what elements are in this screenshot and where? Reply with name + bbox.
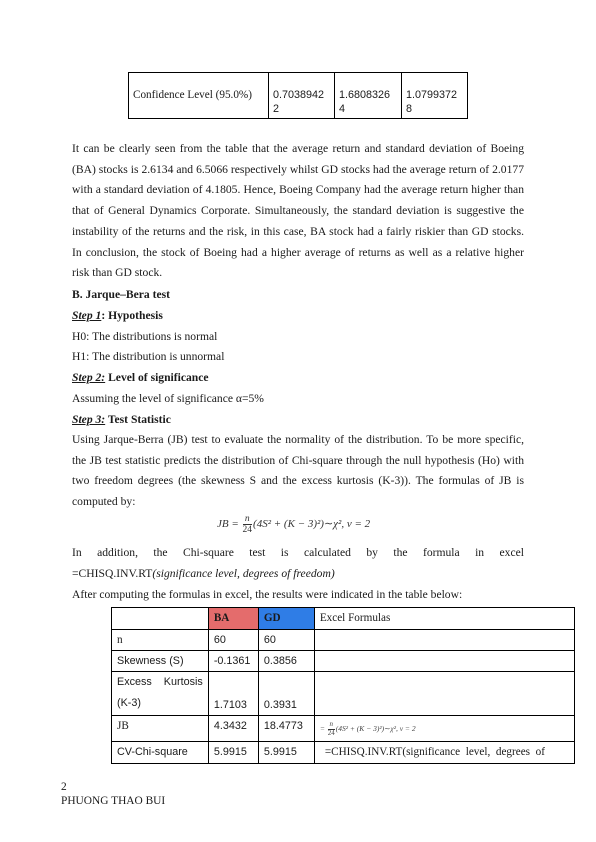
kurtosis-label-line1: Excess Kurtosis: [117, 672, 203, 693]
jb-formula-cell: = n24(4S² + (K − 3)²)∼χ², v = 2: [314, 716, 574, 742]
row-label-n: n: [112, 630, 209, 651]
formula-small-fraction: n24: [328, 721, 335, 737]
row-label-jb: JB: [112, 716, 209, 742]
header-gd: GD: [258, 608, 314, 630]
formula-small-rhs: (4S² + (K − 3)²)∼χ², v = 2: [336, 724, 416, 733]
confidence-value-2: 1.6808326 4: [335, 73, 402, 119]
after-text: After computing the formulas in excel, t…: [72, 588, 462, 602]
jb-results-table: BA GD Excel Formulas n 60 60 Skewness (S…: [111, 607, 575, 764]
step3-label: Step 3:: [72, 413, 105, 426]
hypothesis-h0: H0: The distributions is normal: [72, 330, 217, 344]
header-empty: [112, 608, 209, 630]
author-name: PHUONG THAO BUI: [61, 794, 165, 808]
header-ba: BA: [208, 608, 258, 630]
n-gd: 60: [258, 630, 314, 651]
significance-text: Assuming the level of significance α=5%: [72, 392, 264, 406]
skewness-ba: -0.1361: [208, 651, 258, 672]
formula-lhs: JB =: [217, 518, 242, 530]
skewness-formula: [314, 651, 574, 672]
kurtosis-ba: 1.7103: [208, 672, 258, 716]
section-heading: B. Jarque–Bera test: [72, 288, 170, 302]
cv-ba: 5.9915: [208, 742, 258, 764]
formula-small-prefix: =: [320, 724, 327, 733]
n-ba: 60: [208, 630, 258, 651]
table-header-row: BA GD Excel Formulas: [112, 608, 575, 630]
table-row: Excess Kurtosis (K-3) 1.7103 0.3931: [112, 672, 575, 716]
confidence-level-table: Confidence Level (95.0%) 0.7038942 2 1.6…: [128, 72, 468, 119]
formula-rhs: (4S² + (K − 3)²)∼χ², v = 2: [253, 518, 370, 530]
cv-gd: 5.9915: [258, 742, 314, 764]
skewness-gd: 0.3856: [258, 651, 314, 672]
step2-title: Level of significance: [105, 371, 208, 384]
table-row: Confidence Level (95.0%) 0.7038942 2 1.6…: [129, 73, 468, 119]
step1-heading: Step 1: Hypothesis: [72, 309, 163, 323]
page-number: 2: [61, 780, 67, 794]
hypothesis-h1: H1: The distribution is unnormal: [72, 350, 224, 364]
step2-heading: Step 2: Level of significance: [72, 371, 209, 385]
table-row: CV-Chi-square 5.9915 5.9915 =CHISQ.INV.R…: [112, 742, 575, 764]
kurtosis-gd: 0.3931: [258, 672, 314, 716]
jb-ba: 4.3432: [208, 716, 258, 742]
table-row: Skewness (S) -0.1361 0.3856: [112, 651, 575, 672]
step2-label: Step 2:: [72, 371, 105, 384]
step1-label: Step 1: [72, 309, 101, 322]
row-label-cv-chi-square: CV-Chi-square: [112, 742, 209, 764]
chisq-args: (significance level, degrees of freedom): [152, 567, 334, 580]
table-row: JB 4.3432 18.4773 = n24(4S² + (K − 3)²)∼…: [112, 716, 575, 742]
jb-paragraph: Using Jarque-Berra (JB) test to evaluate…: [72, 430, 524, 513]
formula-denominator: 24: [243, 525, 253, 535]
formula-fraction: n24: [243, 514, 253, 535]
kurtosis-label-line2: (K-3): [117, 693, 203, 714]
confidence-value-3: 1.0799372 8: [402, 73, 468, 119]
row-label-skewness: Skewness (S): [112, 651, 209, 672]
jb-formula-small: = n24(4S² + (K − 3)²)∼χ², v = 2: [320, 724, 416, 733]
chisq-paragraph: In addition, the Chi-square test is calc…: [72, 543, 524, 584]
formula-small-denominator: 24: [328, 730, 335, 738]
confidence-level-label: Confidence Level (95.0%): [129, 73, 269, 119]
jb-gd: 18.4773: [258, 716, 314, 742]
summary-paragraph: It can be clearly seen from the table th…: [72, 139, 524, 284]
step3-title: Test Statistic: [105, 413, 171, 426]
kurtosis-formula: [314, 672, 574, 716]
table-row: n 60 60: [112, 630, 575, 651]
step1-title: : Hypothesis: [101, 309, 163, 322]
jb-formula: JB = n24(4S² + (K − 3)²)∼χ², v = 2: [217, 514, 370, 535]
confidence-value-1: 0.7038942 2: [269, 73, 335, 119]
header-excel-formulas: Excel Formulas: [314, 608, 574, 630]
step3-heading: Step 3: Test Statistic: [72, 413, 171, 427]
formula-numerator: n: [243, 514, 253, 525]
cv-formula: =CHISQ.INV.RT(significance level, degree…: [314, 742, 574, 764]
n-formula: [314, 630, 574, 651]
row-label-excess-kurtosis: Excess Kurtosis (K-3): [112, 672, 209, 716]
